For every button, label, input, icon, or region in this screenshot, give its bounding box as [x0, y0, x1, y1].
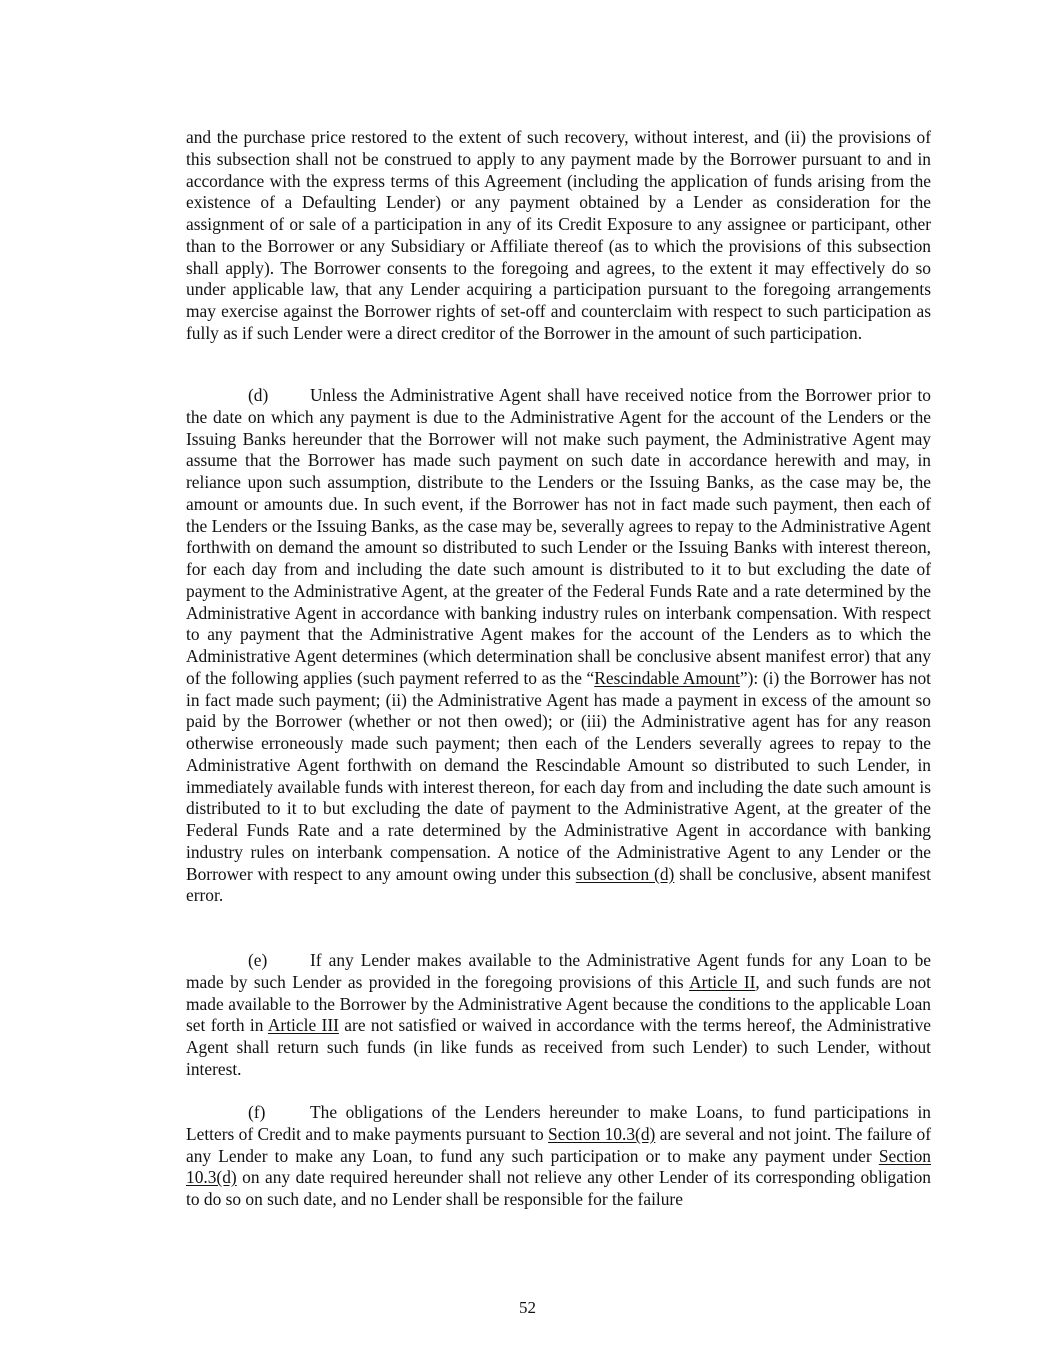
paragraph-text: Unless the Administrative Agent shall ha… — [186, 385, 931, 688]
cross-reference-subsection-d[interactable]: subsection (d) — [576, 864, 675, 884]
paragraph-label: (e) — [248, 950, 310, 972]
paragraph-f: (f)The obligations of the Lenders hereun… — [186, 1102, 931, 1211]
defined-term-rescindable-amount: Rescindable Amount — [594, 668, 740, 688]
paragraph-text: on any date required hereunder shall not… — [186, 1167, 931, 1209]
paragraph-text: and the purchase price restored to the e… — [186, 127, 931, 343]
paragraph-label: (d) — [248, 385, 310, 407]
paragraph-e: (e)If any Lender makes available to the … — [186, 950, 931, 1081]
paragraph-continuation: and the purchase price restored to the e… — [186, 127, 931, 345]
paragraph-d: (d)Unless the Administrative Agent shall… — [186, 385, 931, 907]
document-page: and the purchase price restored to the e… — [0, 0, 1055, 1365]
paragraph-label: (f) — [248, 1102, 310, 1124]
paragraph-text: ”): (i) the Borrower has not in fact mad… — [186, 668, 931, 884]
cross-reference-article-iii[interactable]: Article III — [268, 1015, 339, 1035]
cross-reference-section-10-3-d[interactable]: Section 10.3(d) — [548, 1124, 655, 1144]
page-number: 52 — [0, 1298, 1055, 1318]
cross-reference-article-ii[interactable]: Article II — [689, 972, 755, 992]
